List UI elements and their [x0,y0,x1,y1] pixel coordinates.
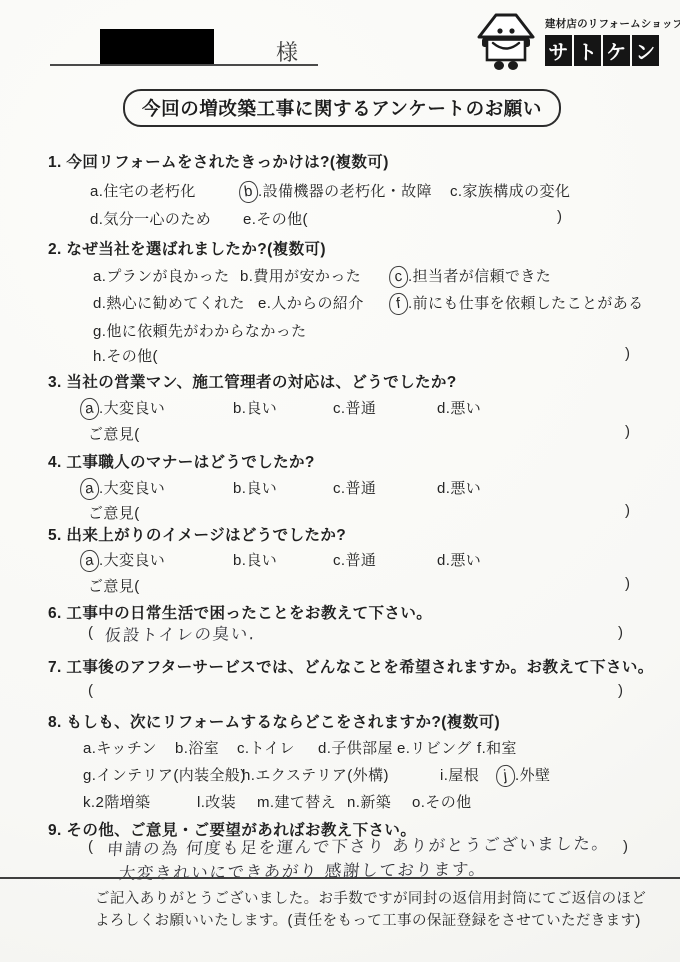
q8-opt-c: c.トイレ [237,737,295,758]
scanned-questionnaire: 様 建材店のリフォームショップ サ ト ケ ン 今回の増改築工事に関するアンケー… [0,0,680,962]
logo-brand-char: ケ [603,35,630,66]
handwritten-circle-mark: b [238,180,260,204]
redacted-name [100,29,214,64]
logo-brand: サ ト ケ ン [545,35,680,66]
q2-options-row-2: d.熱心に勧めてくれた e.人からの紹介 f.前にも仕事を依頼したことがある [0,292,680,318]
q4-options-row: a.大変良い b.良い c.普通 d.悪い [0,477,680,503]
q4-opt-b: b.良い [233,477,277,498]
logo-brand-char: サ [545,35,572,66]
q8-heading: 8. もしも、次にリフォームするならどこをされますか?(複数可) [48,710,500,732]
handwritten-circle-mark: a [79,549,101,573]
q4-opinion-label: ご意見( [88,502,140,523]
q9-comment-row-2: 大変きれいにできあがり 感謝しております。 [0,860,680,886]
q5-opt-a-circled: a.大変良い [84,549,165,570]
q2-opt-a: a.プランが良かった [93,265,230,286]
q1-options-row-1: a.住宅の老朽化 b.設備機器の老朽化・故障 c.家族構成の変化 [0,180,680,206]
form-title: 今回の増改築工事に関するアンケートのお願い [123,89,561,127]
q9-close-paren: ) [623,838,628,855]
q1-opt-b-circled: b.設備機器の老朽化・故障 [243,180,432,201]
form-title-text: 今回の増改築工事に関するアンケートのお願い [142,95,542,121]
logo-brand-char: ト [574,35,601,66]
logo-brand-char: ン [632,35,659,66]
q3-close-paren: ) [625,423,630,440]
q7-open-paren: ( [88,682,93,699]
q1-heading: 1. 今回リフォームをされたきっかけは?(複数可) [48,150,389,172]
q2-heading: 2. なぜ当社を選ばれましたか?(複数可) [48,237,326,259]
q3-opt-d: d.悪い [437,397,481,418]
q9-comment-line-2: 大変きれいにできあがり 感謝しております。 [118,856,488,884]
q5-heading: 5. 出来上がりのイメージはどうでしたか? [48,523,346,545]
handwritten-circle-mark: c [388,265,410,289]
q2-opt-c-circled: c.担当者が信頼できた [393,265,551,286]
q2-close-paren: ) [625,345,630,362]
q8-opt-f: f.和室 [477,737,517,758]
handwritten-circle-mark: a [79,477,101,501]
q1-opt-a: a.住宅の老朽化 [90,180,196,201]
q3-opt-c: c.普通 [333,397,376,418]
satoken-logo: 建材店のリフォームショップ サ ト ケ ン [474,12,680,72]
q5-opinion-row: ご意見( ) [0,575,680,601]
q6-answer-row: ( 仮設トイレの臭い. ) [0,624,680,650]
q2-options-row-4: h.その他( ) [0,345,680,371]
q3-opt-a-circled: a.大変良い [84,397,165,418]
footer-divider [0,877,680,879]
handwritten-circle-mark: a [79,397,101,421]
handwritten-circle-mark: f [388,292,410,316]
q5-opt-d: d.悪い [437,549,481,570]
q8-opt-i: i.屋根 [440,764,479,785]
q8-opt-e: e.リビング [397,737,472,758]
q8-opt-m: m.建て替え [257,791,336,812]
q7-answer-row: ( ) [0,682,680,708]
q2-options-row-1: a.プランが良かった b.費用が安かった c.担当者が信頼できた [0,265,680,291]
q3-opt-b: b.良い [233,397,277,418]
q2-options-row-3: g.他に依頼先がわからなかった [0,320,680,346]
q4-opt-a-circled: a.大変良い [84,477,165,498]
q5-opinion-label: ご意見( [88,575,140,596]
q2-opt-d: d.熱心に勧めてくれた [93,292,245,313]
q8-options-row-3: k.2階増築 l.改装 m.建て替え n.新築 o.その他 [0,791,680,817]
q2-opt-g: g.他に依頼先がわからなかった [93,320,307,341]
q8-opt-o: o.その他 [412,791,472,812]
logo-text-block: 建材店のリフォームショップ サ ト ケ ン [545,12,680,72]
q8-opt-l: l.改装 [197,791,236,812]
q8-options-row-2: g.インテリア(内装全般) h.エクステリア(外構) i.屋根 j.外壁 [0,764,680,790]
q9-open-paren: ( [88,838,93,855]
q2-opt-f-circled: f.前にも仕事を依頼したことがある [393,292,644,313]
q2-opt-h: h.その他( [93,345,158,366]
q8-opt-b: b.浴室 [175,737,219,758]
q6-answer-handwriting: 仮設トイレの臭い. [104,620,257,646]
q8-options-row-1: a.キッチン b.浴室 c.トイレ d.子供部屋 e.リビング f.和室 [0,737,680,763]
q3-options-row: a.大変良い b.良い c.普通 d.悪い [0,397,680,423]
logo-tagline: 建材店のリフォームショップ [545,16,680,31]
q4-opt-c: c.普通 [333,477,376,498]
q7-heading: 7. 工事後のアフターサービスでは、どんなことを希望されますか。お教えて下さい。 [48,655,654,677]
q8-opt-d: d.子供部屋 [318,737,393,758]
q1-opt-d: d.気分一心のため [90,208,211,229]
q5-opt-b: b.良い [233,549,277,570]
q8-opt-a: a.キッチン [83,737,157,758]
q9-comment-line-1: 申請の為 何度も足を運んで下さり ありがとうございました。 [106,830,611,860]
q8-opt-j-circled: j.外壁 [500,764,550,785]
q5-options-row: a.大変良い b.良い c.普通 d.悪い [0,549,680,575]
q5-opt-c: c.普通 [333,549,376,570]
q2-opt-e: e.人からの紹介 [258,292,364,313]
q4-opt-d: d.悪い [437,477,481,498]
q4-close-paren: ) [625,502,630,519]
q6-close-paren: ) [618,624,623,641]
q8-opt-k: k.2階増築 [83,791,150,812]
q3-opinion-row: ご意見( ) [0,423,680,449]
recipient-suffix: 様 [276,36,298,67]
q6-open-paren: ( [88,624,93,641]
q7-close-paren: ) [618,682,623,699]
handwritten-circle-mark: j [495,764,517,788]
q1-opt-c: c.家族構成の変化 [450,180,570,201]
q1-opt-e: e.その他( [243,208,308,229]
q8-opt-h: h.エクステリア(外構) [242,764,389,785]
footer-note-line-2: よろしくお願いいたします。(責任をもって工事の保証登録をさせていただきます) [95,909,641,930]
q5-close-paren: ) [625,575,630,592]
q8-opt-n: n.新築 [347,791,391,812]
q3-heading: 3. 当社の営業マン、施工管理者の対応は、どうでしたか? [48,370,457,392]
footer-note-line-1: ご記入ありがとうございました。お手数ですが同封の返信用封筒にてご返信のほど [95,887,646,908]
q1-close-paren: ) [557,208,562,225]
q4-heading: 4. 工事職人のマナーはどうでしたか? [48,450,315,472]
q8-opt-g: g.インテリア(内装全般) [83,764,246,785]
house-mascot-icon [474,12,538,72]
q3-opinion-label: ご意見( [88,423,140,444]
q2-opt-b: b.費用が安かった [240,265,361,286]
q1-options-row-2: d.気分一心のため e.その他( ) [0,208,680,234]
